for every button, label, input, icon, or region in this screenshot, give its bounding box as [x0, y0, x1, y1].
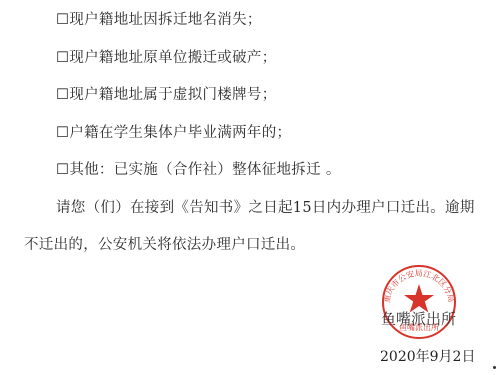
checklist-item-label: 现户籍地址属于虚拟门楼牌号； — [69, 87, 276, 103]
dot-mark — [493, 366, 496, 369]
notice-paragraph-line-1: 请您（们）在接到《告知书》之日起15日内办理户口迁出。逾期 — [56, 196, 475, 217]
checklist-item: ☐其他：已实施（合作社）整体征地拆迁 。 — [56, 158, 341, 179]
checkbox-icon[interactable]: ☐ — [56, 12, 69, 28]
checkbox-icon[interactable]: ☐ — [56, 162, 69, 178]
checklist-item: ☐现户籍地址因拆迁地名消失； — [56, 8, 262, 29]
checklist-item-label: 户籍在学生集体户毕业满两年的； — [69, 125, 291, 141]
notice-paragraph-line-2: 不迁出的，公安机关将依法办理户口迁出。 — [24, 233, 305, 254]
checklist-item: ☐户籍在学生集体户毕业满两年的； — [56, 121, 291, 142]
checkbox-icon[interactable]: ☐ — [56, 125, 69, 141]
checklist-item-label: 其他：已实施（合作社）整体征地拆迁 。 — [69, 162, 340, 178]
checklist-item: ☐现户籍地址原单位搬迁或破产； — [56, 46, 277, 67]
checkbox-icon[interactable]: ☐ — [56, 50, 69, 66]
checkbox-icon[interactable]: ☐ — [56, 87, 69, 103]
issue-date: 2020年9月2日 — [380, 346, 475, 366]
issuer-name: 鱼嘴派出所 — [381, 308, 456, 329]
checklist-item-label: 现户籍地址因拆迁地名消失； — [69, 12, 261, 28]
checklist-item: ☐现户籍地址属于虚拟门楼牌号； — [56, 83, 277, 104]
checklist-item-label: 现户籍地址原单位搬迁或破产； — [69, 50, 276, 66]
